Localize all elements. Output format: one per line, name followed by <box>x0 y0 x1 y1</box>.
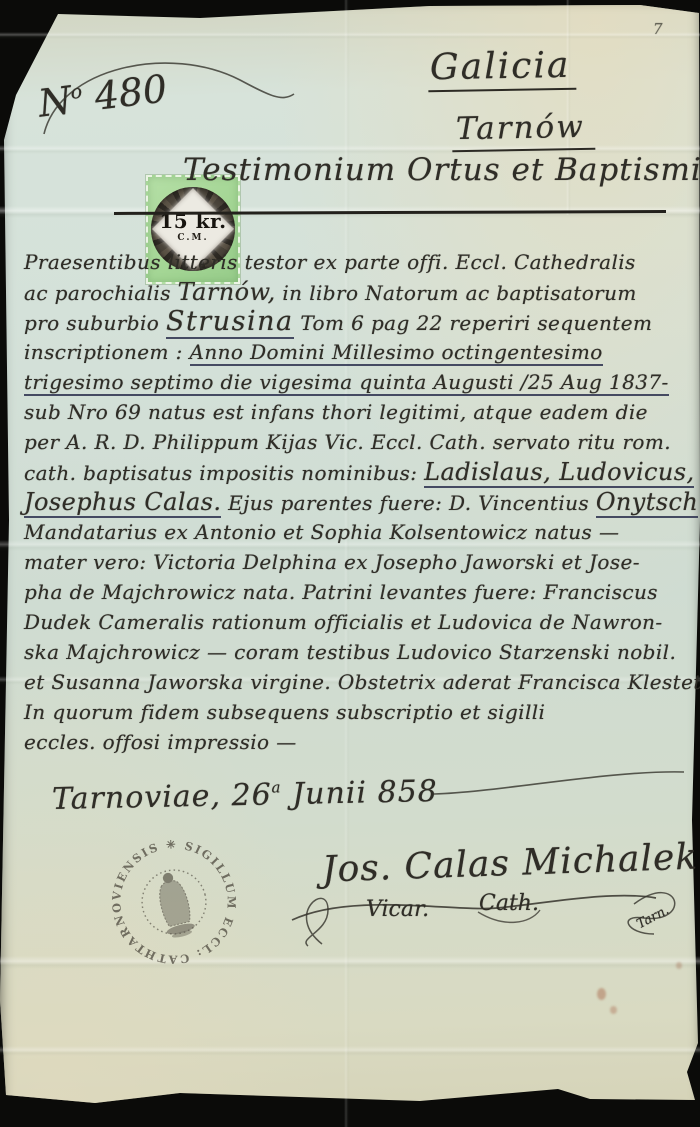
body-text-segment: cath. baptisatus impositis nominibus: <box>24 461 424 485</box>
scanned-document-photo: 7 No 480 Galicia Tarnów Testimonium Ortu… <box>0 0 700 1127</box>
archive-page-number: 7 <box>653 20 663 38</box>
foxing-spot <box>676 962 682 969</box>
body-text-segment: in libro Natorum ac baptisatorum <box>276 281 637 305</box>
body-text-segment: Ladislaus, Ludovicus, <box>424 458 694 488</box>
pen-flourish <box>430 762 690 802</box>
body-line: ac parochialis Tarnów, in libro Natorum … <box>24 277 692 307</box>
seal-saint-figure <box>153 870 197 940</box>
stamp-currency: C.M. <box>151 233 235 243</box>
dateline-rest: Junii 858 <box>281 774 438 812</box>
body-line: In quorum fidem subsequens subscriptio e… <box>24 697 692 727</box>
dateline-place-day: Tarnoviae, 26 <box>52 777 272 817</box>
body-text-segment: pha de Majchrowicz nata. Patrini levante… <box>24 580 658 604</box>
signature-role-vicar: Vicar. <box>366 897 429 922</box>
body-text-segment: inscriptionem : <box>24 340 190 364</box>
body-text-segment: et Susanna Jaworska virgine. Obstetrix a… <box>24 670 700 694</box>
body-text-segment: trigesimo septimo die vigesima quinta Au… <box>24 370 669 396</box>
body-line: sub Nro 69 natus est infans thori legiti… <box>24 397 692 427</box>
region-heading: Galicia <box>428 45 577 93</box>
body-text-segment: pro suburbio <box>24 311 166 335</box>
body-line: Praesentibus litteris testor ex parte of… <box>24 247 692 277</box>
body-line: per A. R. D. Philippum Kijas Vic. Eccl. … <box>24 427 692 457</box>
body-text-segment: Ejus parentes fuere: D. Vincentius <box>221 491 595 515</box>
body-line: Josephus Calas. Ejus parentes fuere: D. … <box>24 487 692 517</box>
body-line: et Susanna Jaworska virgine. Obstetrix a… <box>24 667 692 697</box>
body-line: pha de Majchrowicz nata. Patrini levante… <box>24 577 692 607</box>
body-text-segment: Mandatarius ex Antonio et Sophia Kolsent… <box>24 520 619 544</box>
body-line: mater vero: Victoria Delphina ex Josepho… <box>24 547 692 577</box>
body-line: pro suburbio Strusina Tom 6 pag 22 reper… <box>24 307 692 337</box>
body-text-segment: Anno Domini Millesimo octingentesimo <box>190 340 603 366</box>
body-text-segment: mater vero: Victoria Delphina ex Josepho… <box>24 550 640 574</box>
city-heading: Tarnów <box>452 109 595 152</box>
body-text-segment: Dudek Cameralis rationum officialis et L… <box>24 610 663 634</box>
body-text: Praesentibus litteris testor ex parte of… <box>24 247 692 757</box>
body-text-segment: Strusina <box>166 306 294 339</box>
body-line: eccles. offosi impressio — <box>24 727 692 757</box>
body-line: Mandatarius ex Antonio et Sophia Kolsent… <box>24 517 692 547</box>
body-line: inscriptionem : Anno Domini Millesimo oc… <box>24 337 692 367</box>
body-text-segment: Praesentibus litteris testor ex parte of… <box>24 250 636 274</box>
body-text-segment: Onytsch <box>596 488 698 518</box>
signature-role-cath: Cath. <box>479 891 539 916</box>
body-text-segment: Josephus Calas. <box>24 488 221 518</box>
foxing-spot <box>597 988 606 1000</box>
body-line: ska Majchrowicz — coram testibus Ludovic… <box>24 637 692 667</box>
foxing-spot <box>610 1006 617 1014</box>
body-text-segment: ac parochialis <box>24 281 178 305</box>
body-text-segment: Tom 6 pag 22 reperiri sequentem <box>294 311 653 335</box>
document-title: Testimonium Ortus et Baptismi <box>183 152 700 188</box>
body-text-segment: eccles. offosi impressio — <box>24 730 297 754</box>
pen-flourish <box>30 42 300 147</box>
body-text-segment: ska Majchrowicz — coram testibus Ludovic… <box>24 640 676 664</box>
body-line: trigesimo septimo die vigesima quinta Au… <box>24 367 692 397</box>
body-text-segment: sub Nro 69 natus est infans thori legiti… <box>24 400 648 424</box>
body-text-segment: Tarnów, <box>178 278 276 306</box>
dateline-superscript: a <box>271 778 281 796</box>
body-line: Dudek Cameralis rationum officialis et L… <box>24 607 692 637</box>
body-line: cath. baptisatus impositis nominibus: La… <box>24 457 692 487</box>
body-text-segment: In quorum fidem subsequens subscriptio e… <box>24 700 545 724</box>
body-text-segment: per A. R. D. Philippum Kijas Vic. Eccl. … <box>24 430 671 454</box>
